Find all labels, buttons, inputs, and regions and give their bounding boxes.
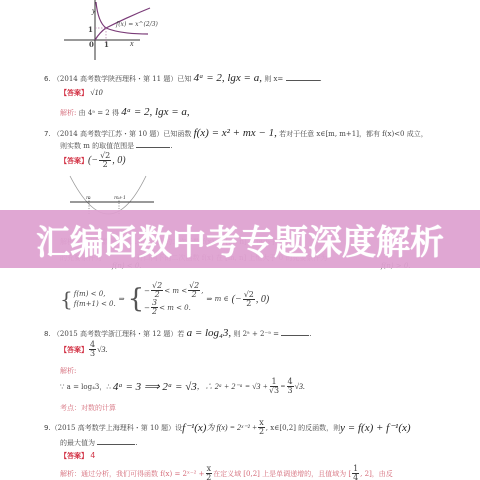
question-number: 6. [44,75,51,83]
question-math: f(x) = x² + mx − 1, [194,127,277,139]
question-8: 8. （2015 高考数学浙江理科・第 12 题）若 a = log₄3, 则 … [44,327,311,339]
question-mid: 为 f(x) = 2ˣ⁻² + [206,422,257,433]
brace-mid: { [128,284,145,314]
frac-den: 3 [288,387,293,395]
answer-paren-close: , 0) [112,155,125,166]
derive-e: √3. [295,382,305,391]
banner-title: 汇编函数中考专题深度解析 [36,215,444,264]
analysis-tail: 在定义域 [0,2] 上是单调递增的，且值域为 [ [213,469,351,479]
frac-den: 2 [246,300,251,308]
question-mid2: , x∈[0,2] 的反函数，则 [266,423,340,433]
question-9-line2: 的最大值为 . [60,438,137,448]
question-tail: 若对于任意 x∈[m, m+1]，都有 f(x)<0 成立， [279,130,428,138]
answer-blank [286,74,320,81]
derive-a: ∵ a = log₄3，∴ [60,382,111,392]
question-source: （2015 高考数学上海理科・第 10 题）设 [51,423,182,433]
result-paren-close: , 0) [256,294,269,305]
analysis-label: 解析: [60,109,76,117]
answer-label: 【答案】 [60,345,88,355]
answer-label: 【答案】 [60,156,88,166]
question-9-analysis: 解析：通过分析，我们可得函数 f(x) = 2ˣ⁻² + x2 在定义域 [0,… [60,465,393,480]
answer-blank [97,438,135,445]
analysis-math: 4ᵃ = 2, lgx = a, [121,106,189,118]
question-text: 的最大值为 [60,439,95,447]
answer-blank [136,141,170,148]
question-7-line2: 则实数 m 的取值范围是 . [60,141,173,151]
analysis-end: , 2]，由反 [360,469,393,479]
derive-c: ，∴ 2ᵃ + 2⁻ᵃ = √3 + [197,381,268,392]
range-mid: < m < [164,287,187,295]
answer-value: 4 [90,451,95,460]
answer-label: 【答案】 [60,89,88,97]
frac-den: 2 [192,291,197,299]
question-9: 9. （2015 高考数学上海理科・第 10 题）设 f⁻¹(x) 为 f(x)… [44,419,411,436]
question-source: （2014 高考数学江苏・第 10 题）已知函数 [53,130,191,138]
range-mid: < m < 0. [159,304,191,312]
power-function-graph [60,0,220,62]
question-math: a = log₄3, [187,327,232,339]
question-7-answer: 【答案】 (− √2 2 , 0) [60,152,126,169]
question-number: 7. [44,130,51,138]
question-6: 6. （2014 高考数学陕西理科・第 11 题）已知 4ᵃ = 2, lgx … [44,72,322,84]
question-7: 7. （2014 高考数学江苏・第 10 题）已知函数 f(x) = x² + … [44,127,428,139]
derive-d: = [280,382,285,391]
diagram-label-m: m [86,195,91,201]
graph-y-label: y [92,6,96,15]
blank-end: . [170,142,172,150]
question-9-answer: 【答案】 4 [60,451,95,461]
question-8-derivation: ∵ a = log₄3，∴ 4ᵃ = 3 ⟹ 2ᵃ = √3 ，∴ 2ᵃ + 2… [60,378,305,395]
answer-blank [281,329,309,336]
question-6-answer: 【答案】 √10 [60,88,103,98]
question-source: （2014 高考数学陕西理科・第 11 题）已知 [53,75,191,83]
frac-den: 4 [353,474,358,480]
question-8-kaodian: 考点：对数的计算 [60,403,116,413]
diagram-label-m-plus-1: m+1 [114,195,126,201]
system-line-1: f(m) < 0, [74,289,116,299]
result-paren-open: (− [232,294,242,305]
answer-fraction: √2 2 [99,152,111,169]
derive-result: ⇒ m ∈ [206,295,228,303]
question-tail: 则 x= [264,75,283,83]
answer-value: √10 [90,88,102,97]
answer-tail: √3. [97,345,107,354]
frac-den: 2 [206,474,211,480]
graph-x-label: x [130,39,134,48]
frac-den: 3 [90,350,95,358]
frac-den: √3 [269,387,279,395]
question-math: 4ᵃ = 2, lgx = a, [194,72,262,84]
question-7-derivation: { f(m) < 0, f(m+1) < 0. ⇒ { −√22< m <√22… [60,280,269,318]
system-line-2: f(m+1) < 0. [74,299,116,309]
graph-curve-label: f(x) = x^(2/3) [116,21,158,28]
question-8-analysis-label: 解析: [60,366,76,376]
analysis-text: 由 4ᵃ = 2 得 [79,109,119,117]
range-1: −√22< m <√22, [144,282,203,299]
question-8-answer: 【答案】 43 √3. [60,341,107,358]
graph-origin: 0 [89,40,94,49]
question-number: 9. [44,424,51,432]
derive-system: f(m) < 0, f(m+1) < 0. [74,289,116,309]
blank-end: . [135,439,137,447]
range-2: −32< m < 0. [144,299,203,316]
question-number: 8. [44,330,51,338]
blank-end: . [320,75,322,83]
graph-tick-x: 1 [104,40,109,49]
implies-arrow: ⇒ [119,295,125,303]
question-math2: y = f(x) + f⁻¹(x) [340,421,410,434]
frac-den: 2 [152,308,157,316]
derive-ranges: −√22< m <√22, −32< m < 0. [144,282,203,316]
brace-left: { [60,287,73,311]
answer-paren-open: (− [88,155,98,166]
answer-label: 【答案】 [60,452,88,460]
derive-b: 4ᵃ = 3 ⟹ 2ᵃ = √3 [113,380,197,393]
question-text: 则实数 m 的取值范围是 [60,142,134,150]
question-source: （2015 高考数学浙江理科・第 12 题）若 [53,330,184,338]
question-6-analysis: 解析: 由 4ᵃ = 2 得 4ᵃ = 2, lgx = a, [60,106,190,118]
document-page: y x 0 1 1 f(x) = x^(2/3) 6. （2014 高考数学陕西… [0,0,480,480]
blank-end: . [309,330,311,338]
fraction-denominator: 2 [103,161,108,169]
question-math: f⁻¹(x) [182,421,206,434]
frac-den: 2 [259,428,264,436]
graph-tick-y: 1 [88,25,93,34]
question-tail: 则 2ᵃ + 2⁻ᵃ = [233,330,279,338]
analysis-text: 解析：通过分析，我们可得函数 f(x) = 2ˣ⁻² + [60,469,205,479]
title-banner: 汇编函数中考专题深度解析 [0,210,480,268]
